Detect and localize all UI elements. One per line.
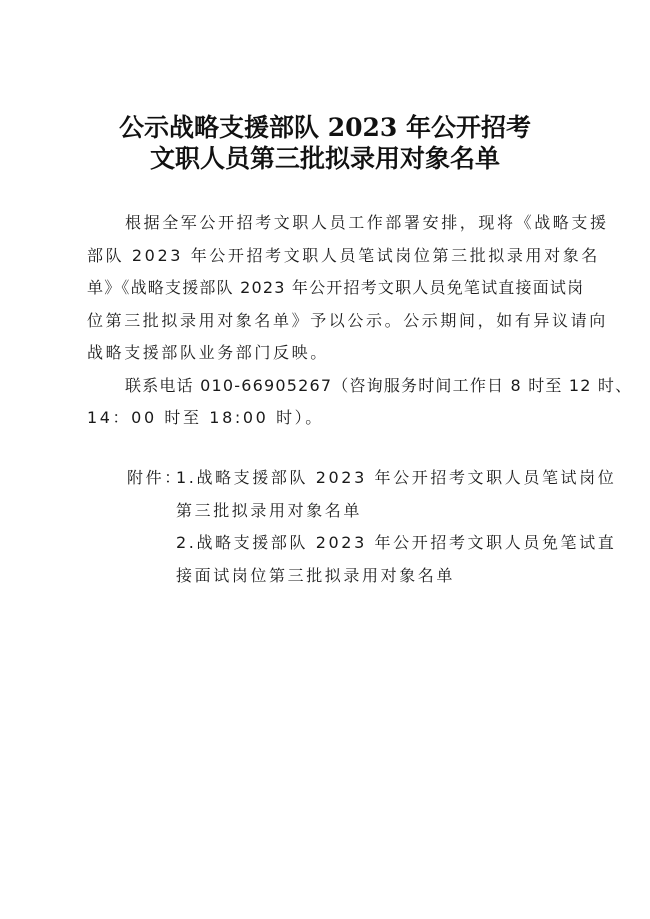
paragraph-1-line: 位第三批拟录用对象名单》予以公示。公示期间，如有异议请向 [87, 305, 572, 338]
paragraph-1-line: 根据全军公开招考文职人员工作部署安排，现将《战略支援 [87, 207, 572, 240]
paragraph-2-line: 14：00 时至 18:00 时）。 [87, 402, 572, 435]
attachment-item: 接面试岗位第三批拟录用对象名单 [176, 560, 616, 593]
paragraph-1-line: 单》《战略支援部队 2023 年公开招考文职人员免笔试直接面试岗 [87, 272, 572, 305]
paragraph-1-line: 战略支援部队业务部门反映。 [87, 337, 572, 370]
paragraph-2-line: 联系电话 010-66905267（咨询服务时间工作日 8 时至 12 时、 [87, 370, 572, 403]
document-title-line-2: 文职人员第三批拟录用对象名单 [0, 144, 650, 174]
document-title-line-1: 公示战略支援部队 2023 年公开招考 [0, 113, 650, 143]
paragraph-1-line: 部队 2023 年公开招考文职人员笔试岗位第三批拟录用对象名 [87, 240, 572, 273]
attachments-section: 附件： 1.战略支援部队 2023 年公开招考文职人员笔试岗位 第三批拟录用对象… [127, 462, 567, 592]
body-text: 根据全军公开招考文职人员工作部署安排，现将《战略支援 部队 2023 年公开招考… [87, 207, 572, 435]
attachment-item: 1.战略支援部队 2023 年公开招考文职人员笔试岗位 [176, 462, 616, 495]
attachment-item: 第三批拟录用对象名单 [176, 495, 616, 528]
attachments-label: 附件： [127, 462, 183, 495]
attachment-item: 2.战略支援部队 2023 年公开招考文职人员免笔试直 [176, 527, 616, 560]
